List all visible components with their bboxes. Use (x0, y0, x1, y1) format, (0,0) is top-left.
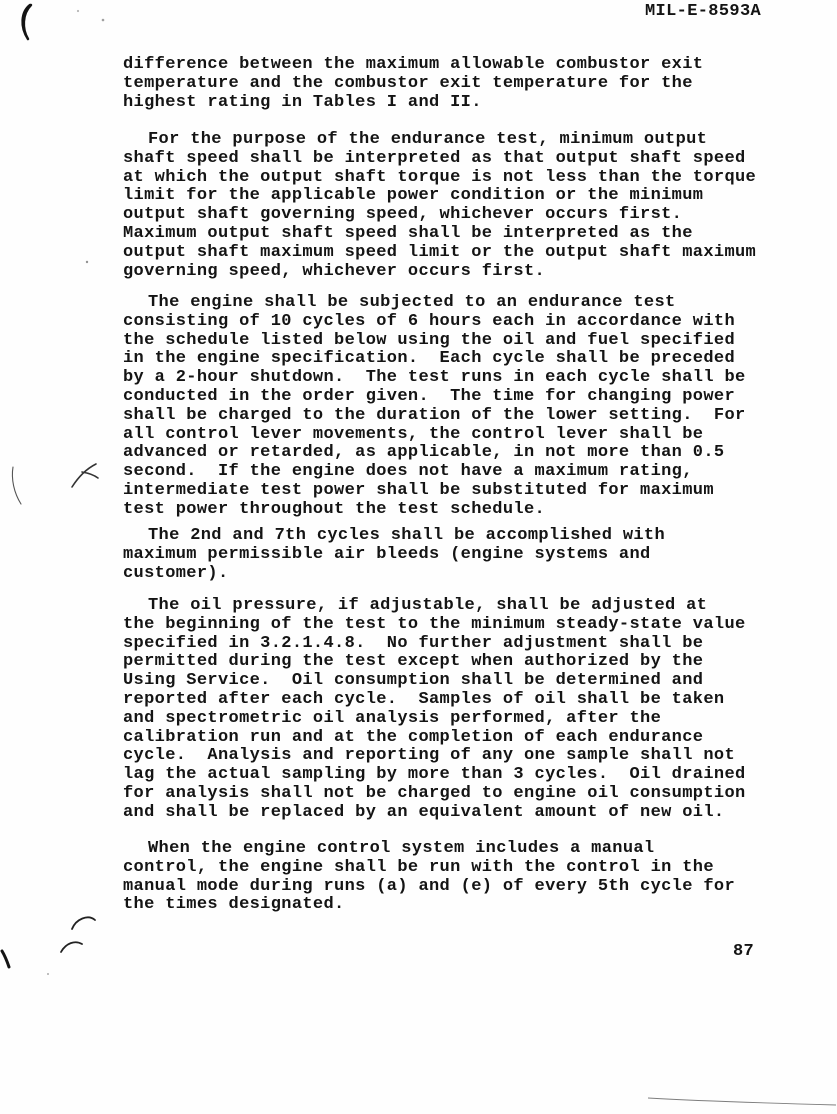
pen-crescent-mark-icon (23, 5, 31, 39)
page-number: 87 (733, 942, 754, 961)
scan-speck-icon (77, 10, 79, 12)
scan-speck-icon (47, 973, 49, 975)
pen-arc-mark-icon (72, 917, 95, 929)
spec-number-header: MIL-E-8593A (645, 2, 761, 21)
paragraph-endurance-test-cycles: The engine shall be subjected to an endu… (123, 294, 746, 520)
scan-speck-icon (102, 19, 105, 22)
paragraph-output-shaft-speed: For the purpose of the endurance test, m… (123, 131, 756, 281)
scan-speck-icon (86, 261, 88, 263)
thin-stroke-mark-icon (12, 467, 21, 504)
paragraph-air-bleeds: The 2nd and 7th cycles shall be accompli… (123, 527, 665, 583)
faint-scan-line-icon (648, 1098, 836, 1105)
pen-flick-branch-icon (82, 472, 98, 478)
paragraph-combustor-exit: difference between the maximum allowable… (123, 56, 703, 112)
paragraph-oil-pressure: The oil pressure, if adjustable, shall b… (123, 597, 746, 823)
pen-flick-mark-icon (72, 464, 96, 487)
bold-tick-mark-icon (2, 951, 9, 967)
paragraph-manual-control: When the engine control system includes … (123, 840, 735, 915)
pen-arc-mark-icon (61, 942, 82, 952)
scanned-document-page: MIL-E-8593A difference between the maxim… (0, 0, 837, 1114)
